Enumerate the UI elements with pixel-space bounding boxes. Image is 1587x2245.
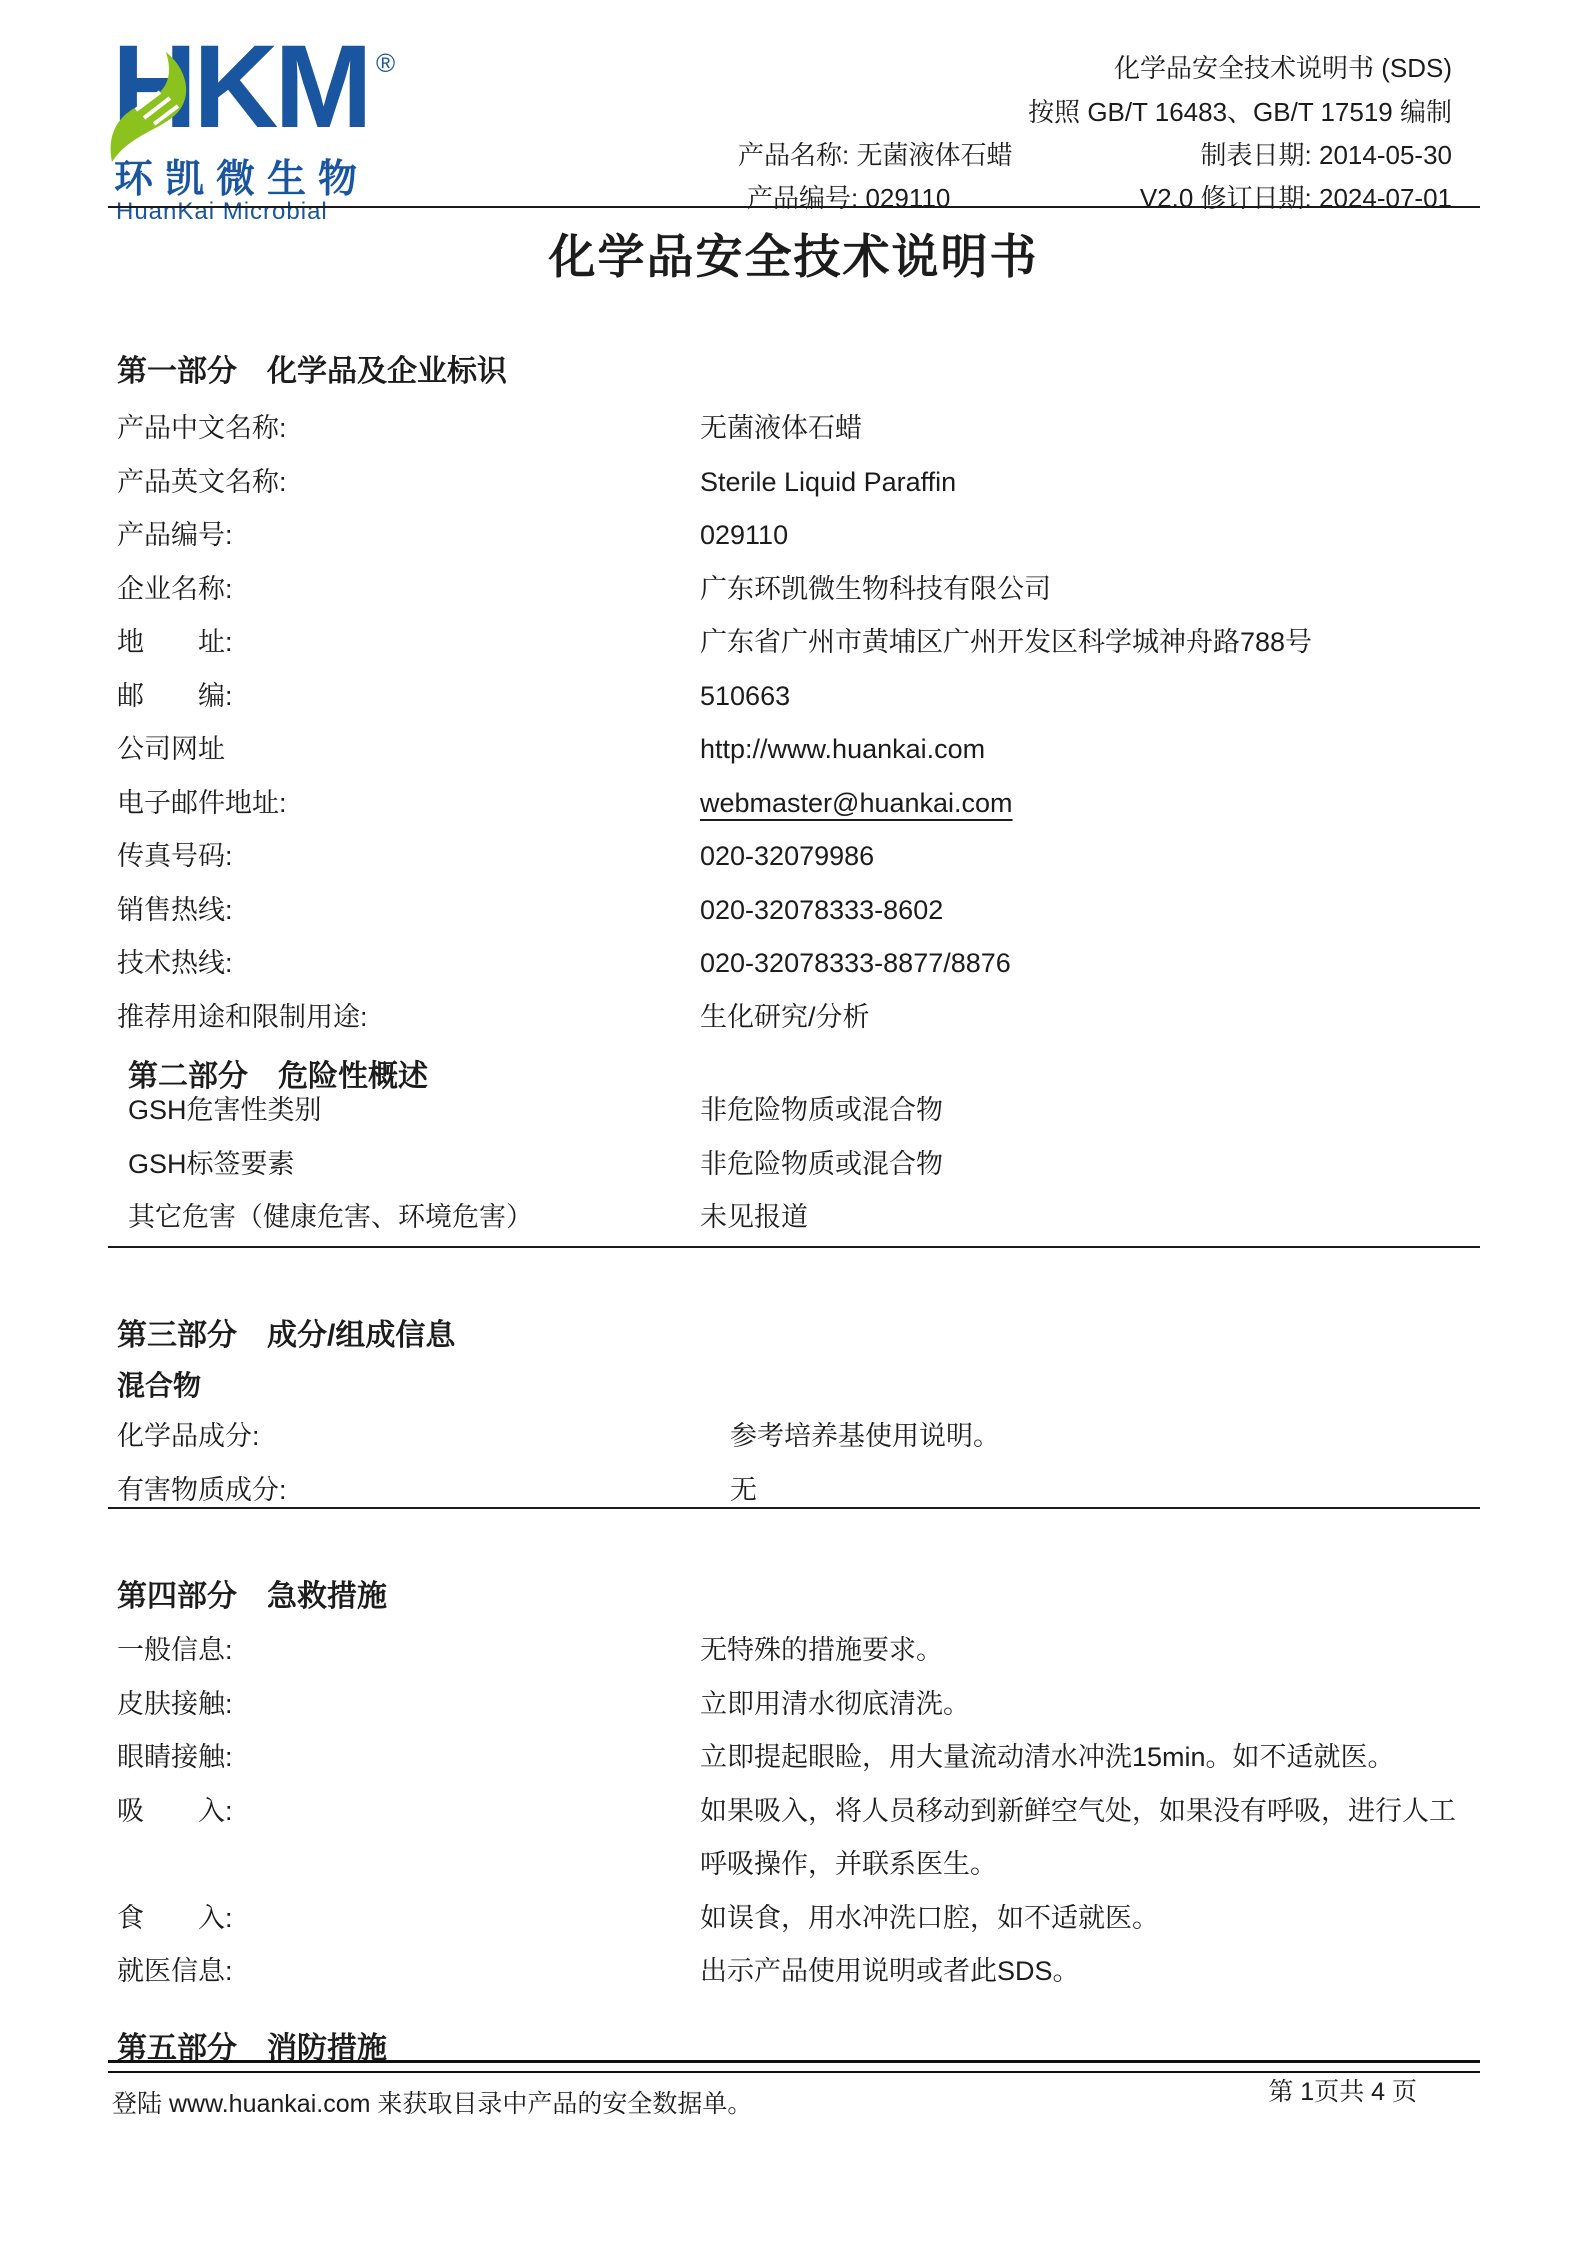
section-2-rows: GSH危害性类别非危险物质或混合物 GSH标签要素非危险物质或混合物 其它危害（… [128,1084,1487,1245]
field-label: GSH危害性类别 [128,1084,700,1138]
field-label: 吸 入: [117,1785,700,1839]
header-product-code: 产品编号: 029110 [747,178,950,215]
field-value: 029110 [700,509,1487,563]
table-row: 眼睛接触:立即提起眼睑，用大量流动清水冲洗15min。如不适就医。 [117,1731,1487,1785]
field-label: 眼睛接触: [117,1731,700,1785]
table-row: 销售热线:020-32078333-8602 [117,884,1487,938]
section-divider [108,1246,1480,1248]
table-row: 就医信息:出示产品使用说明或者此SDS。 [117,1945,1487,1999]
table-row: 吸 入:如果吸入，将人员移动到新鲜空气处，如果没有呼吸，进行人工呼吸操作，并联系… [117,1785,1487,1892]
field-label: 产品英文名称: [117,456,700,510]
table-row: 化学品成分:参考培养基使用说明。 [117,1410,1487,1464]
sds-document-page: HKM ® 环凯微生物 HuanKai Microbial 化学品安全技术说明书… [0,0,1587,2245]
field-label: 其它危害（健康危害、环境危害） [128,1191,700,1245]
header-revised-date: V2.0 修订日期: 2024-07-01 [1140,178,1452,215]
field-value: 未见报道 [700,1191,1487,1245]
section-3-rows: 化学品成分:参考培养基使用说明。 有害物质成分:无 [117,1410,1487,1517]
field-value: 出示产品使用说明或者此SDS。 [700,1945,1482,1999]
field-label: 邮 编: [117,670,700,724]
field-label: 推荐用途和限制用途: [117,991,700,1045]
field-value: 如误食，用水冲洗口腔，如不适就医。 [700,1892,1482,1946]
field-label: 食 入: [117,1892,700,1946]
field-label: 地 址: [117,616,700,670]
header-doc-type: 化学品安全技术说明书 (SDS) [1114,48,1452,85]
footer-note: 登陆 www.huankai.com 来获取目录中产品的安全数据单。 [112,2084,752,2120]
field-value: Sterile Liquid Paraffin [700,456,1487,510]
mixture-subheading: 混合物 [117,1364,201,1404]
section-1-rows: 产品中文名称:无菌液体石蜡 产品英文名称:Sterile Liquid Para… [117,402,1487,1044]
logo-name-cn: 环凯微生物 [114,148,369,204]
page-indicator: 第 1页共 4 页 [1268,2072,1417,2108]
header-product-name: 产品名称: 无菌液体石蜡 [738,135,1012,172]
table-row: 公司网址http://www.huankai.com [117,723,1487,777]
field-label: 就医信息: [117,1945,700,1999]
field-value: 参考培养基使用说明。 [730,1410,1487,1464]
field-value: 广东省广州市黄埔区广州开发区科学城神舟路788号 [700,616,1487,670]
field-label: 化学品成分: [117,1410,730,1464]
field-label: 传真号码: [117,830,700,884]
table-row: 企业名称:广东环凯微生物科技有限公司 [117,563,1487,617]
table-row: 传真号码:020-32079986 [117,830,1487,884]
field-label: 公司网址 [117,723,700,777]
table-row: 产品中文名称:无菌液体石蜡 [117,402,1487,456]
field-label: 企业名称: [117,563,700,617]
document-title: 化学品安全技术说明书 [0,220,1587,287]
field-value: 广东环凯微生物科技有限公司 [700,563,1487,617]
field-value: 立即提起眼睑，用大量流动清水冲洗15min。如不适就医。 [700,1731,1482,1785]
field-value: 无菌液体石蜡 [700,402,1487,456]
table-row: 产品编号:029110 [117,509,1487,563]
table-row: 地 址:广东省广州市黄埔区广州开发区科学城神舟路788号 [117,616,1487,670]
field-label: GSH标签要素 [128,1138,700,1192]
field-value: 生化研究/分析 [700,991,1487,1045]
field-label: 销售热线: [117,884,700,938]
table-row: 产品英文名称:Sterile Liquid Paraffin [117,456,1487,510]
header-standard: 按照 GB/T 16483、GB/T 17519 编制 [1028,92,1452,129]
table-row: 其它危害（健康危害、环境危害）未见报道 [128,1191,1487,1245]
table-row: 电子邮件地址:webmaster@huankai.com [117,777,1487,831]
field-label: 产品编号: [117,509,700,563]
company-logo: HKM ® 环凯微生物 HuanKai Microbial [108,42,408,232]
field-label: 技术热线: [117,937,700,991]
field-value: 020-32078333-8877/8876 [700,937,1487,991]
header-divider [108,206,1480,208]
field-value: 510663 [700,670,1487,724]
table-row: 推荐用途和限制用途:生化研究/分析 [117,991,1487,1045]
email-link[interactable]: webmaster@huankai.com [700,777,1487,831]
field-value: 立即用清水彻底清洗。 [700,1678,1482,1732]
field-value: 非危险物质或混合物 [700,1084,1487,1138]
field-value: 如果吸入，将人员移动到新鲜空气处，如果没有呼吸，进行人工呼吸操作，并联系医生。 [700,1785,1482,1892]
field-value: 020-32079986 [700,830,1487,884]
registered-trademark-icon: ® [376,48,395,79]
footer-divider-thick [108,2060,1480,2063]
section-4-heading: 第四部分 急救措施 [117,1571,387,1615]
table-row: 技术热线:020-32078333-8877/8876 [117,937,1487,991]
field-value: 无特殊的措施要求。 [700,1624,1482,1678]
field-label: 一般信息: [117,1624,700,1678]
section-1-heading: 第一部分 化学品及企业标识 [117,346,507,390]
field-label: 皮肤接触: [117,1678,700,1732]
table-row: 食 入:如误食，用水冲洗口腔，如不适就医。 [117,1892,1487,1946]
section-3-heading: 第三部分 成分/组成信息 [117,1310,455,1354]
section-divider [108,1507,1480,1509]
table-row: GSH标签要素非危险物质或混合物 [128,1138,1487,1192]
table-row: GSH危害性类别非危险物质或混合物 [128,1084,1487,1138]
company-website-url: http://www.huankai.com [700,723,1487,777]
field-value: 非危险物质或混合物 [700,1138,1487,1192]
field-label: 电子邮件地址: [117,777,700,831]
table-row: 皮肤接触:立即用清水彻底清洗。 [117,1678,1487,1732]
table-row: 邮 编:510663 [117,670,1487,724]
field-label: 产品中文名称: [117,402,700,456]
header-created-date: 制表日期: 2014-05-30 [1201,135,1452,172]
section-4-rows: 一般信息:无特殊的措施要求。 皮肤接触:立即用清水彻底清洗。 眼睛接触:立即提起… [117,1624,1487,1999]
table-row: 一般信息:无特殊的措施要求。 [117,1624,1487,1678]
field-value: 020-32078333-8602 [700,884,1487,938]
